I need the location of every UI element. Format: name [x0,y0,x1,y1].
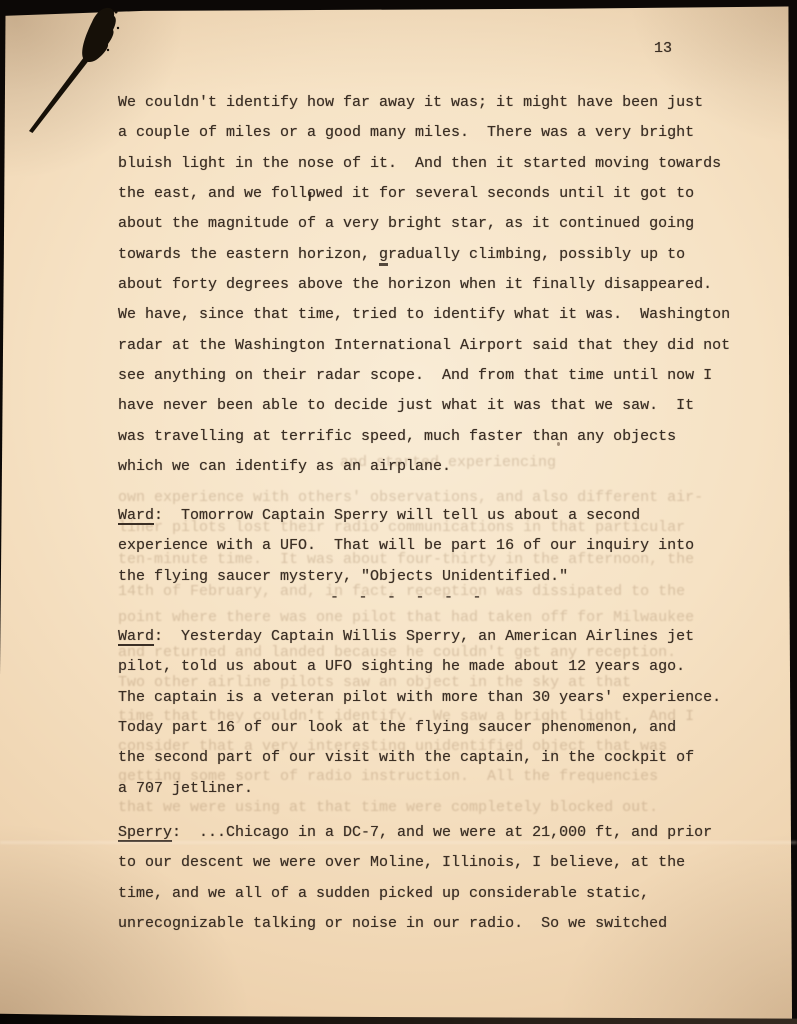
scanned-document-photo: and started experiencingown experience w… [0,0,797,1024]
text-line: see anything on their radar scope. And f… [118,361,768,391]
text-line: a couple of miles or a good many miles. … [118,118,768,148]
paragraph-ward-recap: Ward: Yesterday Captain Willis Sperry, a… [118,622,768,804]
scan-light-streak [0,841,797,844]
text-line: the second part of our visit with the ca… [118,743,768,773]
text-line: We have, since that time, tried to ident… [118,300,768,330]
stray-mark-dot [557,442,560,446]
text-line: radar at the Washington International Ai… [118,331,768,361]
paragraph-ward-intro: Ward: Tomorrow Captain Sperry will tell … [118,501,768,592]
text-line: a 707 jetliner. [118,774,768,804]
text-line: pilot, told us about a UFO sighting he m… [118,652,768,682]
speaker-name: Ward [118,628,154,645]
text-line: was travelling at terrific speed, much f… [118,422,768,452]
text-line: time, and we all of a sudden picked up c… [118,879,768,909]
text-line: experience with a UFO. That will be part… [118,531,768,561]
text-line: towards the eastern horizon, gradually c… [118,240,768,270]
text-line: Ward: Yesterday Captain Willis Sperry, a… [118,622,768,652]
page-number: 13 [654,40,672,57]
speaker-name: Sperry [118,824,172,841]
text-line: which we can identify as an airplane. [118,452,768,482]
text-line: Today part 16 of our look at the flying … [118,713,768,743]
text-line: The captain is a veteran pilot with more… [118,683,768,713]
paragraph-sperry-account: We couldn't identify how far away it was… [118,88,768,482]
speaker-name: Ward [118,507,154,524]
text-line: bluish light in the nose of it. And then… [118,149,768,179]
ink-stroke-artifact [22,6,127,136]
text-line: unrecognizable talking or noise in our r… [118,909,768,939]
text-line: about the magnitude of a very bright sta… [118,209,768,239]
text-line: We couldn't identify how far away it was… [118,88,768,118]
stray-mark-dash [379,263,388,266]
text-line: Ward: Tomorrow Captain Sperry will tell … [118,501,768,531]
dash-separator: - - - - - - [330,583,482,613]
text-line: have never been able to decide just what… [118,391,768,421]
text-line: the east, and we followed it for several… [118,179,768,209]
text-line: about forty degrees above the horizon wh… [118,270,768,300]
text-line: to our descent we were over Moline, Illi… [118,848,768,878]
paragraph-sperry-transcript: Sperry: ...Chicago in a DC-7, and we wer… [118,818,768,939]
